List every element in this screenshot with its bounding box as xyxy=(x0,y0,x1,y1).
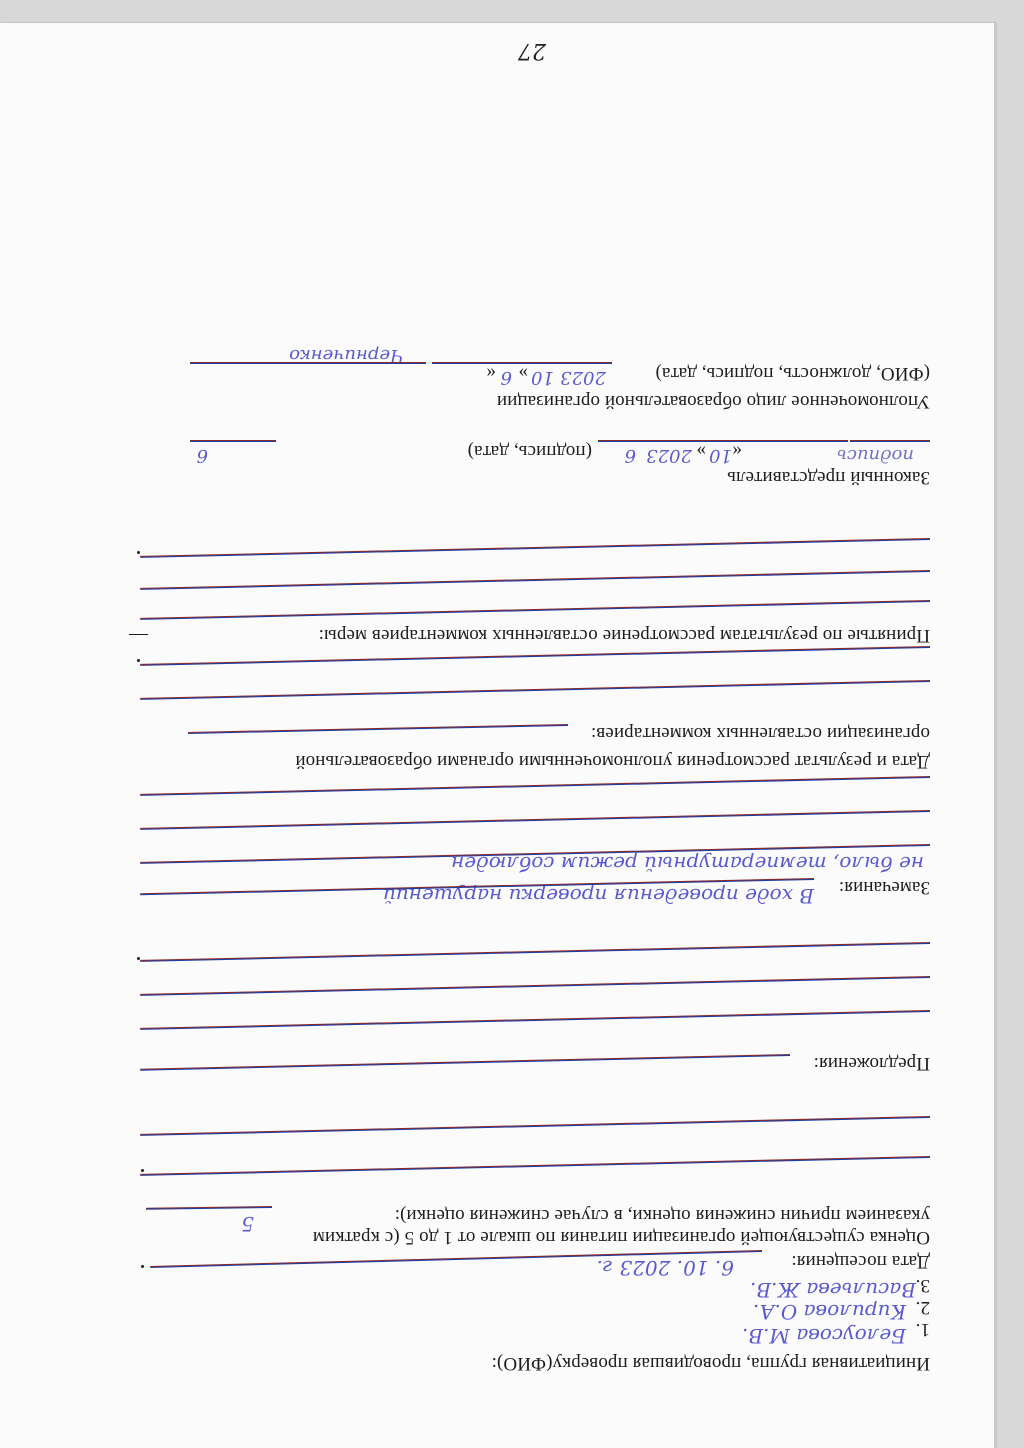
initiative-group-label: Инициативная группа, проводившая проверк… xyxy=(491,1352,930,1374)
rating-label-line2: указанием причин снижения оценки, в случ… xyxy=(395,1204,930,1226)
review-label-line1: Дата и результат рассмотрения уполномоче… xyxy=(295,750,930,772)
legal-rep-date-line xyxy=(598,440,848,442)
period xyxy=(137,551,140,554)
member-1-num: 1. xyxy=(916,1318,930,1340)
authorized-month: 10 xyxy=(531,367,554,388)
legal-rep-year: 2023 xyxy=(646,445,692,466)
legal-rep-day: 6 xyxy=(625,445,636,466)
measures-label: Принятые по результатам рассмотрение ост… xyxy=(318,624,930,646)
visit-date-label: Дата посещения: xyxy=(791,1250,930,1272)
legal-rep-sign-line xyxy=(850,440,930,442)
authorized-date-line xyxy=(432,362,612,364)
authorized-date-close: » xyxy=(518,362,528,384)
authorized-date-open: « xyxy=(486,362,496,384)
legal-rep-month: 10 xyxy=(709,445,732,466)
authorized-person-label: Уполномоченное лицо образовательной орга… xyxy=(497,390,930,412)
member-1-name: Белоусова М.В. xyxy=(742,1324,906,1348)
period xyxy=(137,659,140,662)
sheet-edge xyxy=(994,23,996,1448)
legal-rep-date-close: » xyxy=(696,440,706,462)
legal-rep-signature: подпись xyxy=(837,445,914,466)
period xyxy=(141,1169,144,1172)
authorized-year: 2023 xyxy=(560,367,606,388)
page-number: 27 xyxy=(518,38,546,63)
remarks-label: Замечания: xyxy=(839,876,930,898)
member-2-name: Кирилова О.А. xyxy=(753,1300,906,1324)
review-label-line2: организации оставленных комментариев: xyxy=(591,722,930,744)
rating-value: 5 xyxy=(241,1212,254,1236)
period xyxy=(141,1265,144,1268)
authorized-caption: (ФИО, должность, подпись, дата) xyxy=(655,362,930,384)
legal-rep-caption: (подпись, дата) xyxy=(468,440,592,462)
period xyxy=(137,957,140,960)
visit-date-value: 6. 10. 2023 г. xyxy=(597,1256,734,1280)
scanned-page: 27 Инициативная группа, проводившая пров… xyxy=(0,0,1024,1448)
remarks-value-line2: не было, температурный режим соблюден xyxy=(451,852,924,876)
legal-rep-day-2: 6 xyxy=(197,445,208,466)
legal-rep-date-open: « xyxy=(732,440,742,462)
rating-label-line1: Оценка существующей организации питания … xyxy=(313,1226,930,1248)
legal-representative-label: Законный представитель xyxy=(727,466,930,488)
member-3-num: 3. xyxy=(916,1274,930,1296)
authorized-name-line xyxy=(190,362,426,364)
measures-value: — xyxy=(129,624,148,646)
authorized-day: 6 xyxy=(501,367,512,388)
legal-rep-tail-line xyxy=(190,440,276,442)
proposals-label: Предложения: xyxy=(814,1052,930,1074)
member-2-num: 2. xyxy=(916,1296,930,1318)
member-3-name: Васильева Ж.В. xyxy=(750,1278,916,1302)
